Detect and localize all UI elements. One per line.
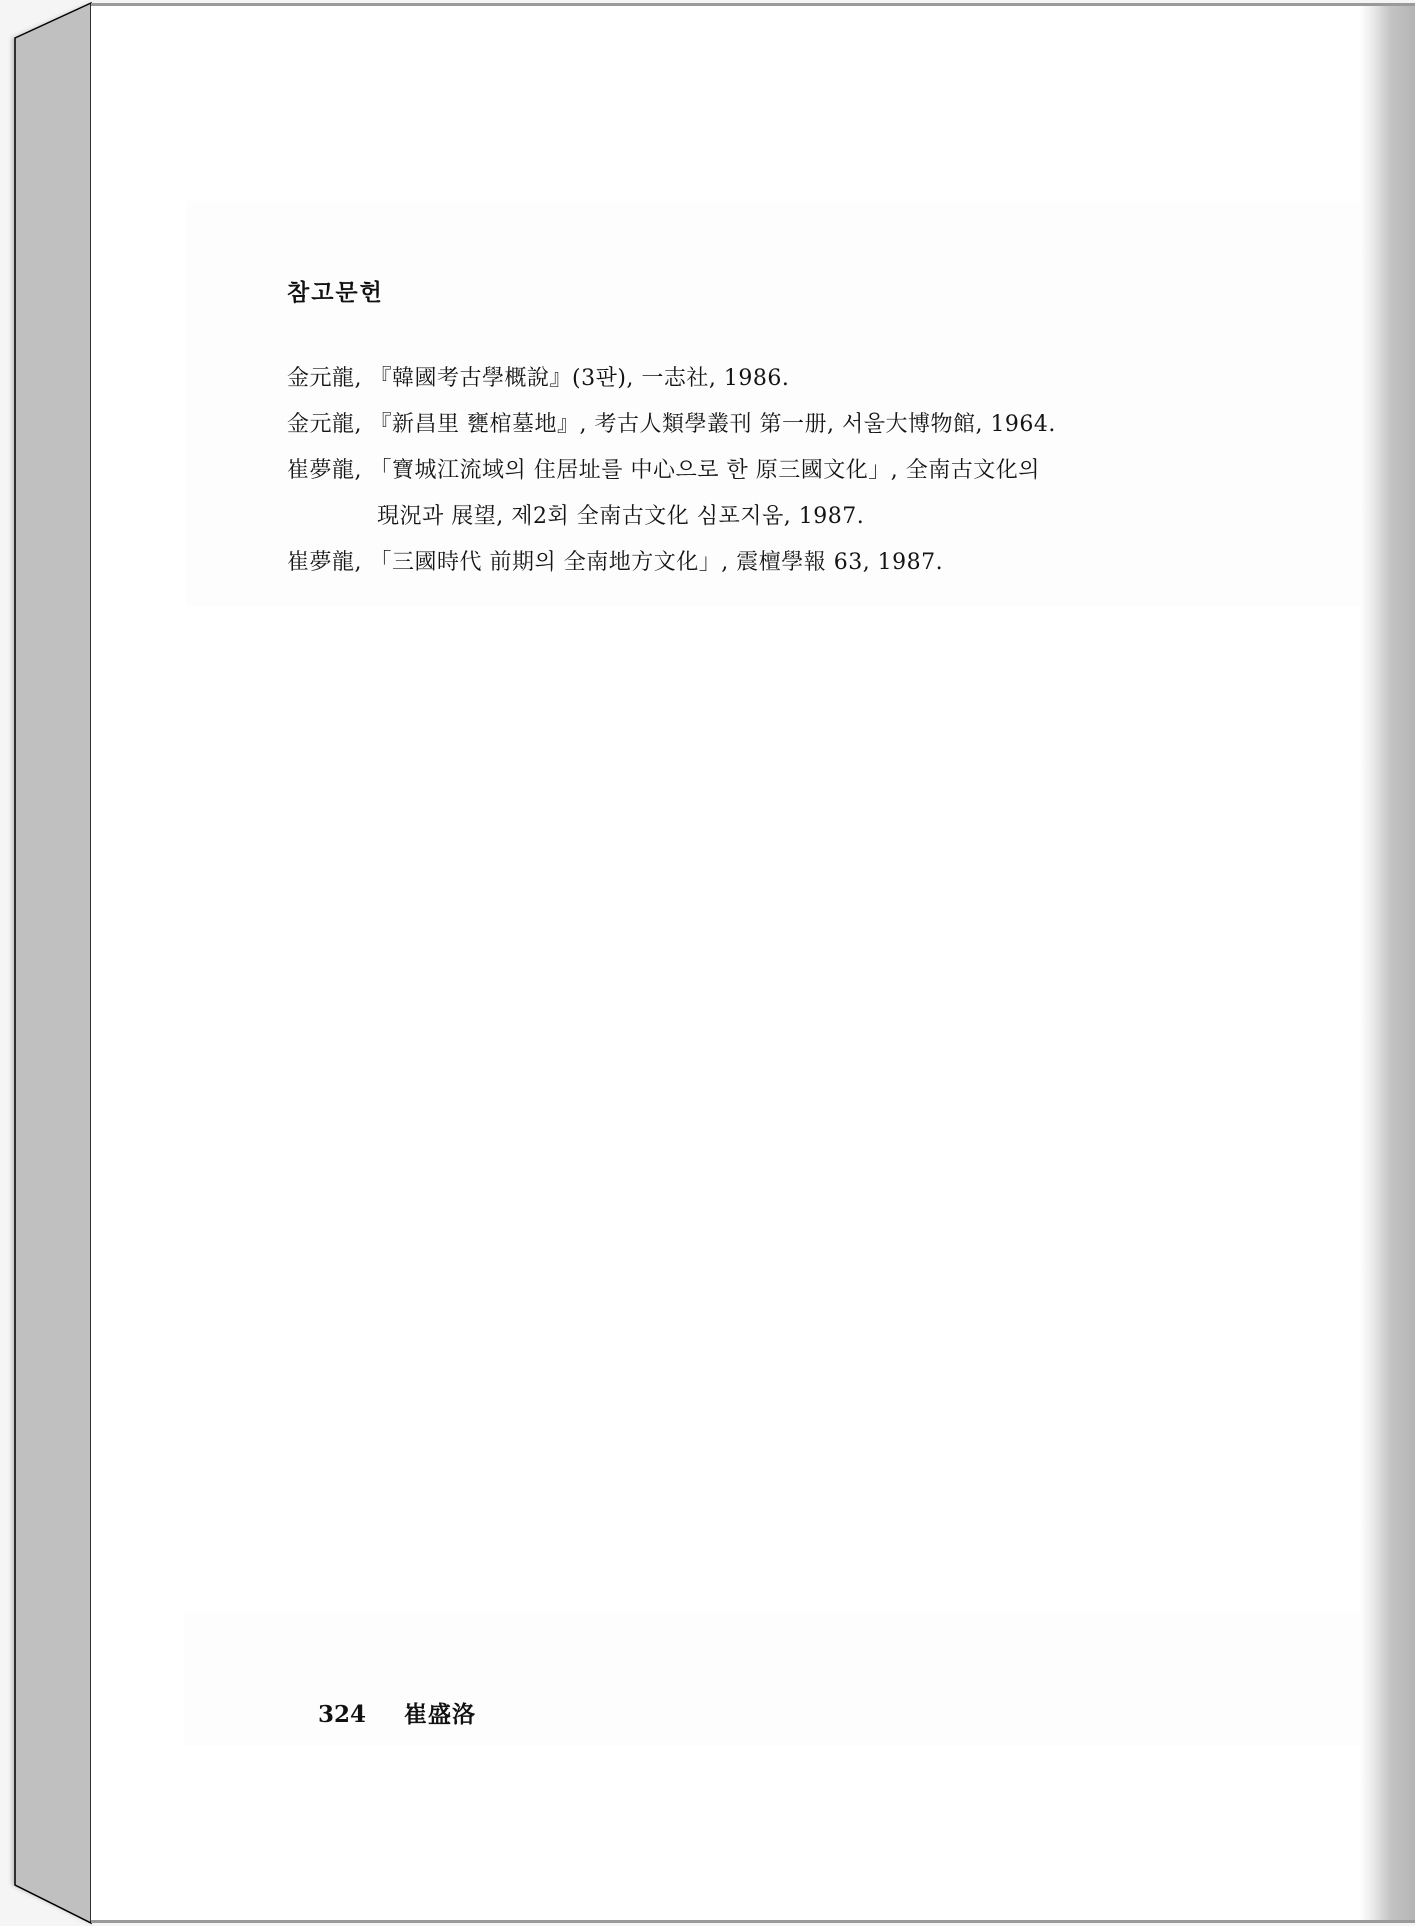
- reference-item: 金元龍, 『新昌里 甕棺墓地』, 考古人類學叢刊 第一册, 서울大博物館, 19…: [287, 402, 1387, 448]
- book-spine: [0, 0, 100, 1926]
- document-page: 참고문헌 金元龍, 『韓國考古學概說』(3판), 一志社, 1986. 金元龍,…: [91, 3, 1415, 1923]
- reference-item: 崔夢龍, 「三國時代 前期의 全南地方文化」, 震檀學報 63, 1987.: [287, 540, 1387, 586]
- reference-item: 崔夢龍, 「寶城江流域의 住居址를 中心으로 한 原三國文化」, 全南古文化의 …: [287, 448, 1387, 540]
- reference-list: 金元龍, 『韓國考古學概說』(3판), 一志社, 1986. 金元龍, 『新昌里…: [287, 356, 1387, 586]
- page-content: 참고문헌 金元龍, 『韓國考古學概說』(3판), 一志社, 1986. 金元龍,…: [91, 6, 1415, 1920]
- reference-text: 崔夢龍, 「三國時代 前期의 全南地方文化」, 震檀學報 63, 1987.: [287, 550, 943, 575]
- reference-text: 崔夢龍, 「寶城江流域의 住居址를 中心으로 한 原三國文化」, 全南古文化의: [287, 458, 1040, 483]
- reference-text: 金元龍, 『韓國考古學概說』(3판), 一志社, 1986.: [287, 366, 789, 391]
- section-heading: 참고문헌: [287, 274, 384, 307]
- running-author: 崔盛洛: [404, 1701, 476, 1728]
- page-number: 324: [318, 1701, 366, 1728]
- reference-text-continuation: 現況과 展望, 제2회 全南古文化 심포지움, 1987.: [287, 494, 1387, 540]
- page-edge-shadow: [1360, 6, 1415, 1920]
- reference-item: 金元龍, 『韓國考古學概說』(3판), 一志社, 1986.: [287, 356, 1387, 402]
- page-footer: 324 崔盛洛: [318, 1696, 476, 1729]
- reference-text: 金元龍, 『新昌里 甕棺墓地』, 考古人類學叢刊 第一册, 서울大博物館, 19…: [287, 412, 1056, 437]
- book-viewer: 참고문헌 金元龍, 『韓國考古學概說』(3판), 一志社, 1986. 金元龍,…: [0, 0, 1415, 1926]
